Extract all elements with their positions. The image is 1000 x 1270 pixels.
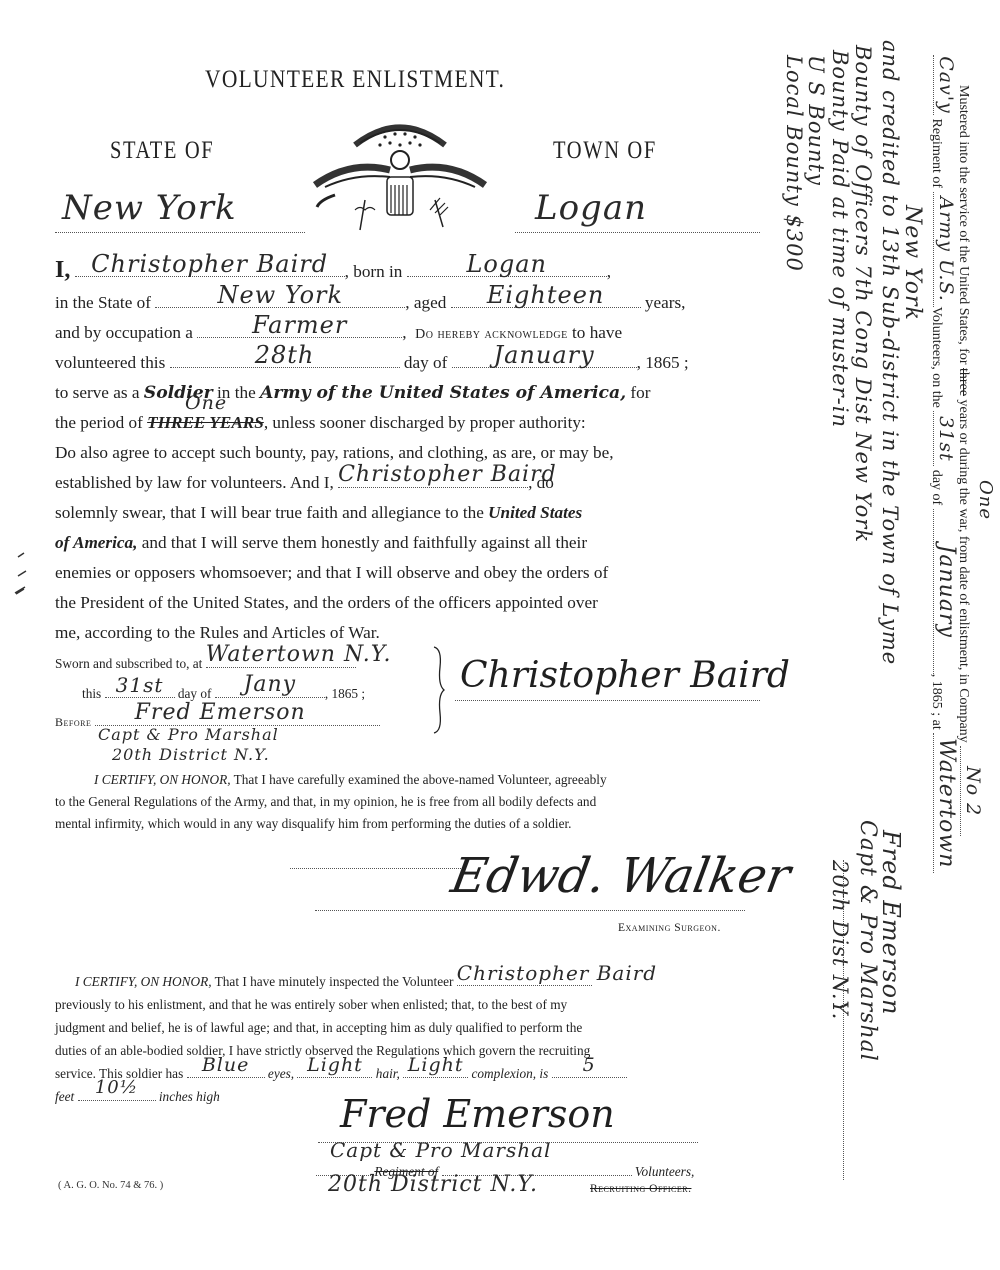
- inches-value: 10½: [78, 1075, 156, 1101]
- surgeon-signature-line: [315, 910, 745, 911]
- acknowledge-label: Do hereby acknowledge: [415, 327, 568, 342]
- day-of-label: day of: [404, 353, 447, 372]
- enlist-month-field: January: [452, 349, 637, 368]
- muster-note-3: Bounty Paid at time of muster-in: [828, 50, 852, 428]
- before-officer-field: Fred Emerson: [95, 711, 380, 726]
- muster-three-struck: three: [956, 368, 971, 396]
- recruiter-cert-line-6: feet 10½ inches high: [55, 1085, 220, 1109]
- volunteer-name-field-2: Christopher Baird: [338, 469, 528, 488]
- oath-line-12: the President of the United States, and …: [55, 588, 598, 618]
- recruiter-cert-text-1: That I have minutely inspected the Volun…: [215, 974, 454, 989]
- recruiter-certify-lead: I CERTIFY, ON HONOR,: [75, 974, 212, 989]
- swear-clause: solemnly swear, that I will bear true fa…: [55, 503, 484, 522]
- to-have-label: to have: [572, 323, 622, 342]
- united-states-label: United States: [488, 503, 582, 522]
- serve-clause: and that I will serve them honestly and …: [142, 533, 587, 552]
- hair-value: Light: [297, 1052, 372, 1078]
- enlist-year-label: , 1865 ;: [637, 353, 689, 372]
- inches-high-label: inches high: [159, 1089, 220, 1104]
- recruiter-district: 20th District N.Y.: [328, 1172, 538, 1197]
- volunteer-signature: Christopher Baird: [460, 655, 790, 696]
- birthplace-value: Logan: [407, 251, 607, 277]
- oath-line-5: to serve as a Soldier in the Army of the…: [55, 378, 650, 408]
- town-field-value: Logan: [535, 188, 647, 228]
- for-label: for: [630, 383, 650, 402]
- sworn-day-of-label: day of: [178, 686, 212, 701]
- muster-regiment-value: Army U.S.: [933, 192, 959, 307]
- oath-pronoun: I,: [55, 257, 70, 283]
- surgeon-cert-line-2: to the General Regulations of the Army, …: [55, 790, 596, 814]
- muster-note-1: and credited to 13th Sub-district in the…: [878, 40, 902, 665]
- sworn-year-label: , 1865 ;: [325, 686, 365, 701]
- muster-officer-title: Capt & Pro Marshal: [855, 820, 880, 1062]
- america-label: of America,: [55, 533, 137, 552]
- muster-month-value: January: [933, 509, 959, 674]
- birthplace-field: Logan: [407, 258, 607, 277]
- this-label: this: [82, 686, 101, 701]
- years-label: years,: [645, 293, 686, 312]
- enlist-day-value: 28th: [170, 342, 400, 368]
- muster-day-of-label: day of: [929, 470, 944, 505]
- muster-company-value: No 2: [960, 746, 986, 836]
- hair-field: Light: [297, 1063, 372, 1078]
- volunteers-label: Volunteers,: [635, 1164, 694, 1179]
- enlist-day-field: 28th: [170, 349, 400, 368]
- recruiter-cert-line-2: previously to his enlistment, and that h…: [55, 993, 567, 1017]
- oath-line-8: established by law for volunteers. And I…: [55, 468, 554, 498]
- oath-line-9: solemnly swear, that I will bear true fa…: [55, 498, 582, 528]
- sworn-at-label: Sworn and subscribed to, at: [55, 656, 202, 671]
- sworn-place-value: Watertown N.Y.: [206, 642, 356, 668]
- complexion-value: Light: [403, 1052, 468, 1078]
- muster-printed-line-2: Cav'y Regiment of Army U.S.Volunteers, o…: [925, 55, 949, 873]
- sworn-place-field: Watertown N.Y.: [206, 653, 356, 668]
- muster-note-4: U S Bounty: [804, 55, 828, 186]
- volunteer-name-value-2: Christopher Baird: [338, 462, 528, 488]
- inspected-volunteer-field: Christopher Baird: [457, 971, 592, 986]
- muster-note-2: Bounty of Officers 7th Cong Dist New Yor…: [851, 45, 875, 543]
- inches-field: 10½: [78, 1086, 156, 1101]
- surgeon-signature: Edwd. Walker: [447, 848, 795, 904]
- occupation-value: Farmer: [197, 312, 402, 338]
- muster-regiment-prefix-field: Cav'y: [933, 55, 946, 115]
- surgeon-role-label: Examining Surgeon.: [618, 922, 721, 934]
- document-title: VOLUNTEER ENLISTMENT.: [205, 66, 505, 94]
- volunteer-name-value: Christopher Baird: [75, 251, 345, 277]
- comma: ,: [607, 262, 611, 281]
- muster-place-field: Watertown: [933, 733, 946, 873]
- surgeon-certify-lead: I CERTIFY, ON HONOR,: [94, 772, 231, 787]
- oath-line-11: enemies or opposers whomsoever; and that…: [55, 558, 608, 588]
- town-label: TOWN OF: [553, 137, 657, 165]
- muster-day-value: 31st: [933, 411, 959, 466]
- recruiter-signature: Fred Emerson: [340, 1092, 615, 1136]
- eagle-emblem-icon: [305, 115, 495, 235]
- recruiter-title: Capt & Pro Marshal: [330, 1138, 551, 1162]
- oath-line-10: of America, and that I will serve them h…: [55, 528, 587, 558]
- age-field: Eighteen: [451, 289, 641, 308]
- born-in-label: , born in: [345, 262, 403, 281]
- recruiting-officer-label: Recruiting Officer.: [590, 1183, 691, 1195]
- muster-day-field: 31st: [933, 411, 946, 466]
- form-number-label: ( A. G. O. No. 74 & 76. ): [58, 1180, 163, 1191]
- sworn-day-field: 31st: [105, 683, 175, 698]
- muster-place-value: Watertown: [933, 733, 959, 873]
- three-years-label: THREE YEARS: [147, 413, 264, 432]
- feet-label: feet: [55, 1089, 74, 1104]
- state-of-label: in the State of: [55, 293, 151, 312]
- muster-one-insert: One: [975, 480, 996, 520]
- birth-state-value: New York: [155, 282, 405, 308]
- state-field-line: [55, 232, 305, 233]
- birth-state-field: New York: [155, 289, 405, 308]
- muster-state-note: New York: [900, 205, 925, 321]
- surgeon-cert-text-1: That I have carefully examined the above…: [234, 772, 607, 787]
- muster-month-field: January: [933, 509, 946, 674]
- before-label: Before: [55, 715, 91, 729]
- occupation-field: Farmer: [197, 319, 402, 338]
- town-field-line: [515, 232, 760, 233]
- muster-year-label: , 1865 ; at: [929, 674, 944, 730]
- inspected-volunteer-value: Christopher Baird: [457, 960, 592, 986]
- surgeon-line-upper: [290, 868, 465, 869]
- muster-officer-line: [843, 860, 844, 1180]
- comma: ,: [402, 323, 406, 342]
- margin-marks: [10, 545, 30, 595]
- complexion-field: Light: [403, 1063, 468, 1078]
- surgeon-cert-line-1: I CERTIFY, ON HONOR, That I have careful…: [94, 768, 607, 792]
- army-label: Army of the United States of America,: [260, 383, 626, 403]
- discharge-clause: , unless sooner discharged by proper aut…: [264, 413, 586, 432]
- muster-officer-district: 20th Dist N.Y.: [828, 860, 852, 1020]
- muster-company-field: No 2: [960, 746, 973, 836]
- volunteer-signature-line: [455, 700, 760, 701]
- complexion-label: complexion, is: [471, 1066, 548, 1081]
- state-field-value: New York: [62, 188, 237, 228]
- muster-regiment-label: Regiment of: [929, 119, 944, 189]
- surgeon-cert-line-3: mental infirmity, which would in any way…: [55, 812, 572, 836]
- muster-volunteers-label: Volunteers, on the: [929, 307, 944, 408]
- sworn-month-value: Jany: [215, 672, 325, 698]
- volunteered-label: volunteered this: [55, 353, 165, 372]
- feet-value: 5: [552, 1052, 627, 1078]
- period-label: the period of: [55, 413, 143, 432]
- before-officer-district: 20th District N.Y.: [112, 745, 270, 764]
- eyes-label: eyes,: [268, 1066, 294, 1081]
- serve-as-label: to serve as a: [55, 383, 139, 402]
- eyes-field: Blue: [187, 1063, 265, 1078]
- brace-icon: [432, 645, 446, 735]
- recruiter-cert-line-3: judgment and belief, he is of lawful age…: [55, 1016, 582, 1040]
- volunteer-name-field: Christopher Baird: [75, 258, 345, 277]
- sworn-month-field: Jany: [215, 683, 325, 698]
- recruiter-cert-line-1: I CERTIFY, ON HONOR, That I have minutel…: [75, 970, 592, 994]
- muster-regiment-prefix: Cav'y: [933, 55, 959, 115]
- enlist-month-value: January: [452, 342, 637, 368]
- feet-field: 5: [552, 1063, 627, 1078]
- age-value: Eighteen: [451, 282, 641, 308]
- aged-label: , aged: [405, 293, 446, 312]
- eyes-value: Blue: [187, 1052, 265, 1078]
- muster-note-5: Local Bounty $300: [782, 55, 806, 272]
- oath-line-4: volunteered this 28th day of January, 18…: [55, 348, 689, 378]
- muster-officer-signature: Fred Emerson: [877, 830, 905, 1016]
- occupation-label: and by occupation a: [55, 323, 193, 342]
- hair-label: hair,: [376, 1066, 400, 1081]
- before-officer-value: Fred Emerson: [95, 700, 380, 726]
- sworn-day-value: 31st: [105, 672, 175, 698]
- muster-regiment-field: Army U.S.: [933, 192, 946, 307]
- and-i-label: established by law for volunteers. And I…: [55, 473, 334, 492]
- oath-line-6: the period of THREE YEARS, unless sooner…: [55, 408, 586, 438]
- state-label: STATE OF: [110, 137, 214, 165]
- before-officer-title: Capt & Pro Marshal: [98, 725, 279, 744]
